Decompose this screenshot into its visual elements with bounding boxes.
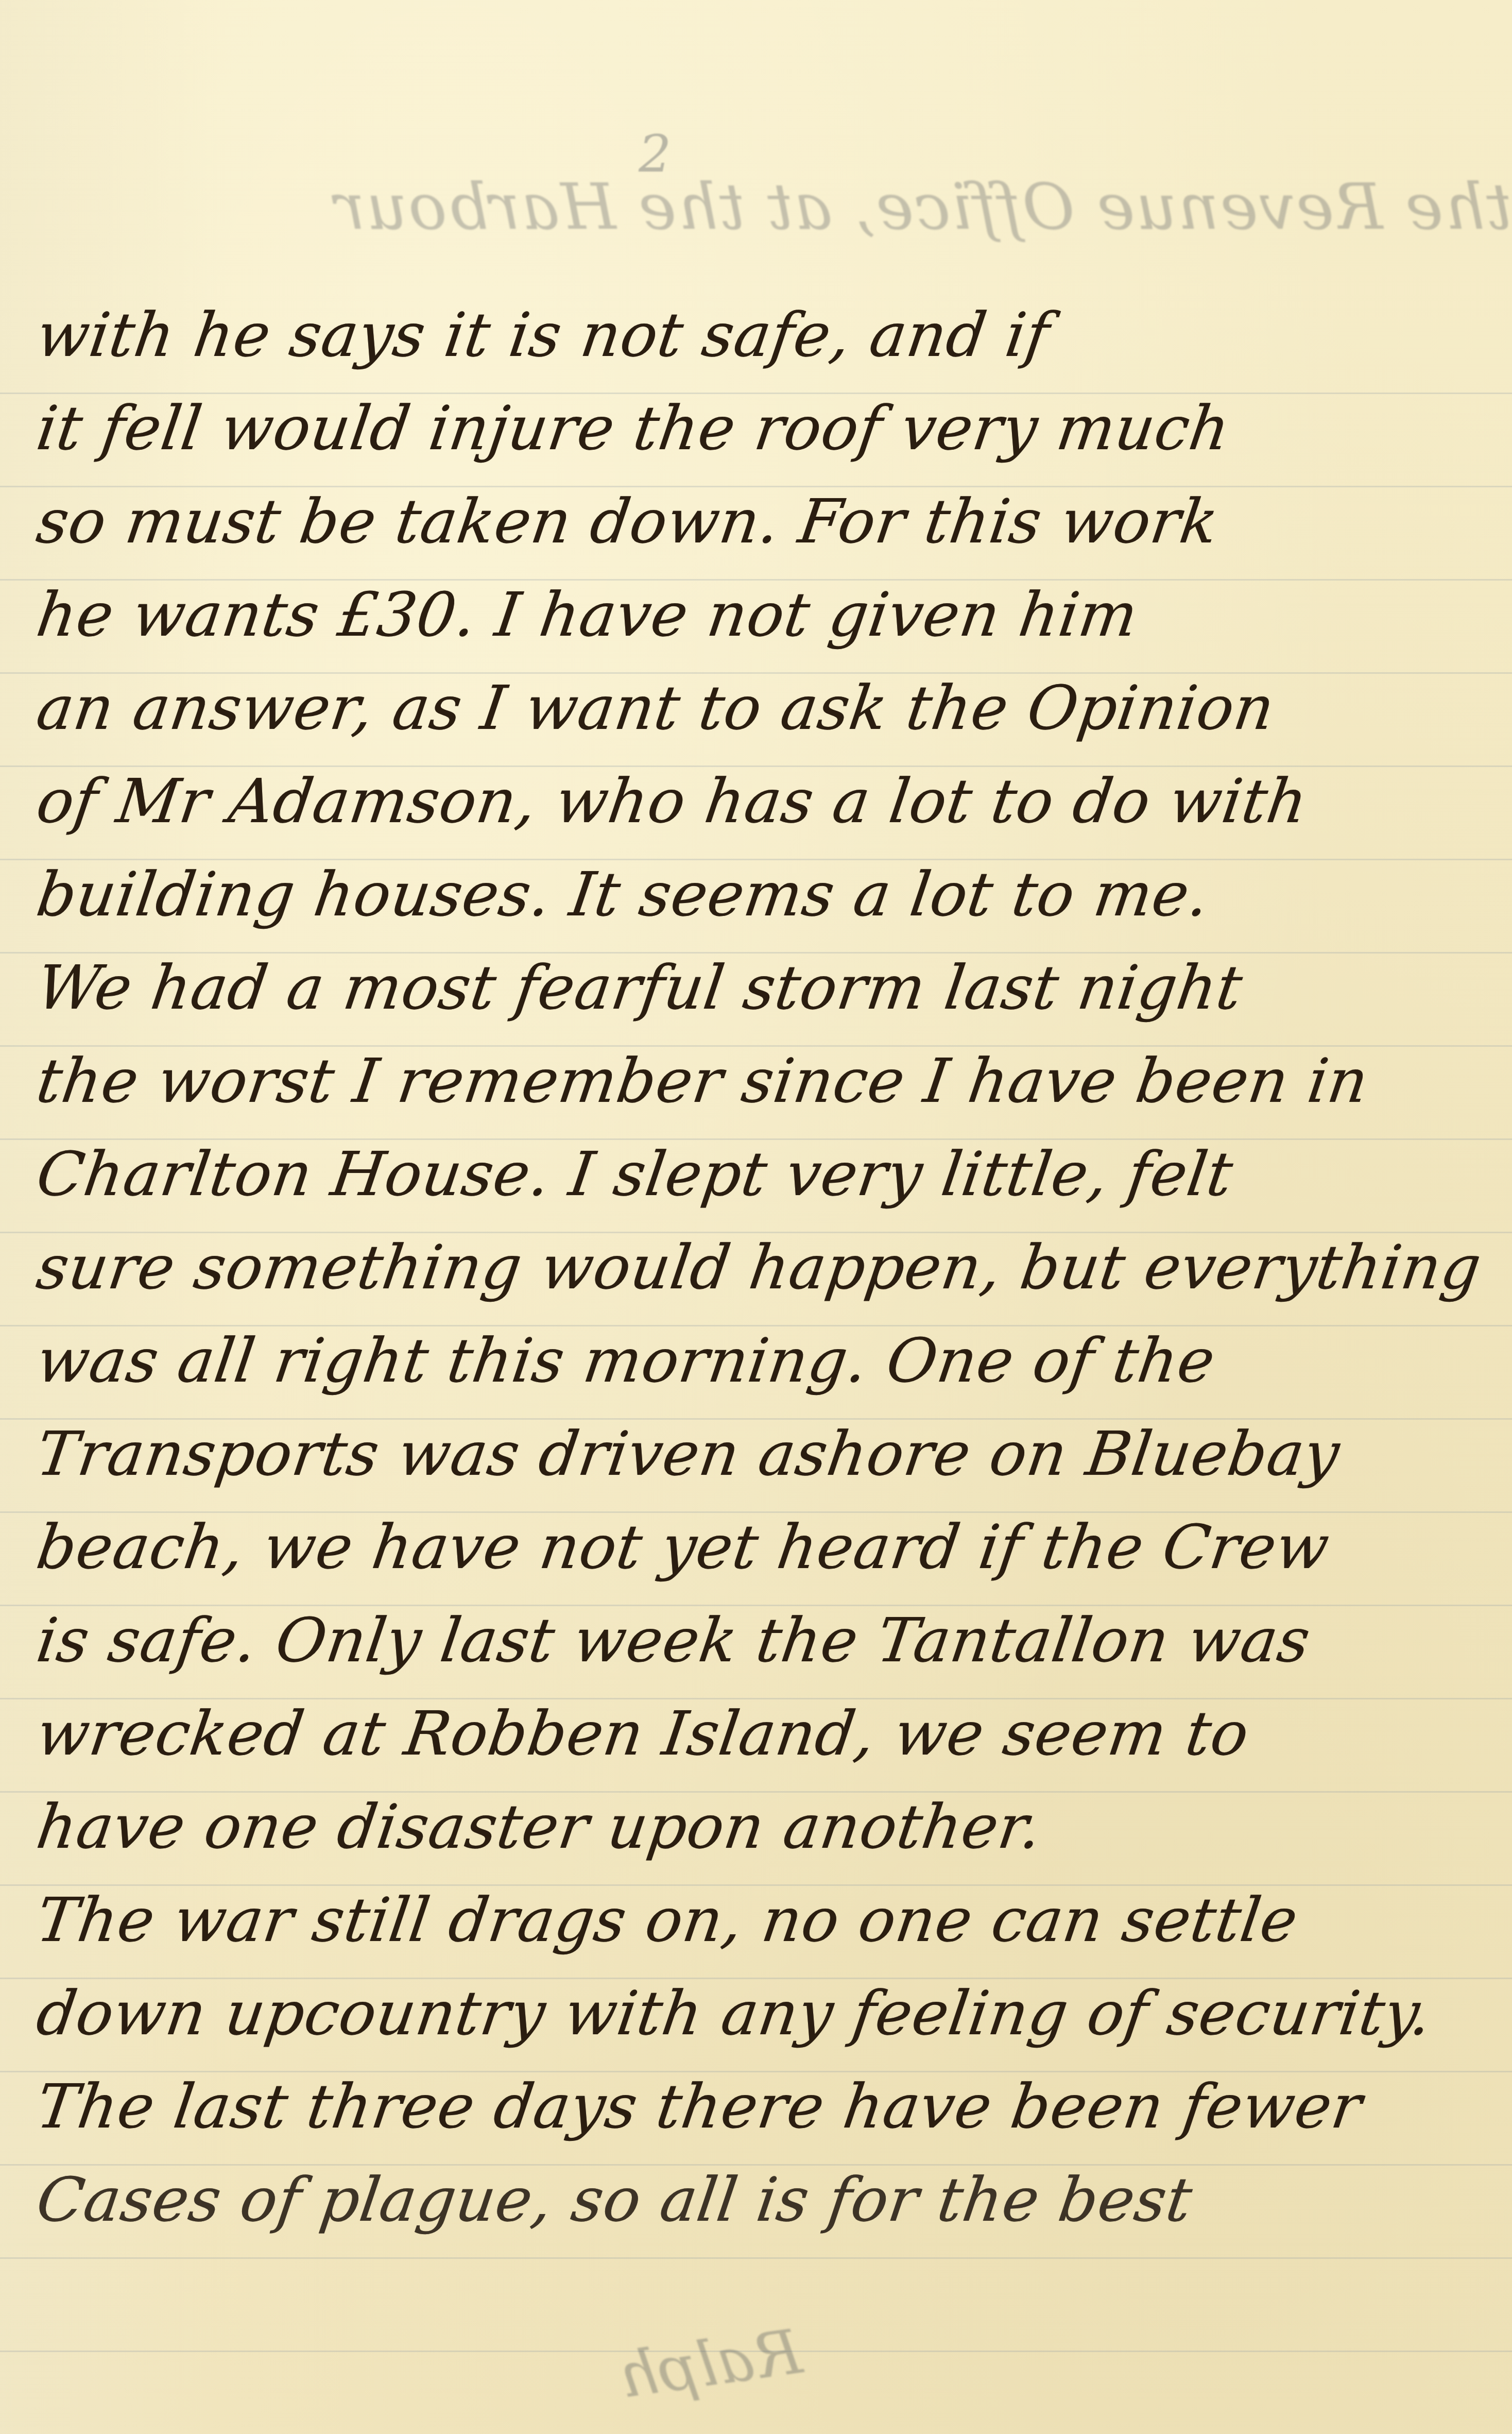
- rule-line: [0, 2257, 1512, 2259]
- letter-line: We had a most fearful storm last night: [31, 941, 1496, 1034]
- letter-line: wrecked at Robben Island, we seem to: [31, 1687, 1496, 1780]
- letter-line: with he says it is not safe, and if: [31, 288, 1496, 382]
- letter-body: with he says it is not safe, and if it f…: [31, 288, 1483, 2246]
- letter-line: is safe. Only last week the Tantallon wa…: [31, 1594, 1496, 1687]
- letter-line: an answer, as I want to ask the Opinion: [31, 661, 1496, 755]
- letter-line: beach, we have not yet heard if the Crew: [31, 1501, 1496, 1594]
- letter-line: was all right this morning. One of the: [31, 1314, 1496, 1407]
- letter-line: sure something would happen, but everyth…: [31, 1221, 1496, 1314]
- letter-line: down upcountry with any feeling of secur…: [31, 1967, 1496, 2060]
- letter-line: have one disaster upon another.: [31, 1780, 1496, 1874]
- letter-line: building houses. It seems a lot to me.: [31, 848, 1496, 941]
- letter-line: Transports was driven ashore on Bluebay: [31, 1407, 1496, 1501]
- letter-line: of Mr Adamson, who has a lot to do with: [31, 755, 1496, 848]
- letter-line: Cases of plague, so all is for the best: [31, 2153, 1496, 2246]
- letter-line: The war still drags on, no one can settl…: [31, 1874, 1496, 1967]
- letter-line: Charlton House. I slept very little, fel…: [31, 1128, 1496, 1221]
- letter-line: it fell would injure the roof very much: [31, 382, 1496, 475]
- letter-line: so must be taken down. For this work: [31, 475, 1496, 568]
- letter-line: The last three days there have been fewe…: [31, 2060, 1496, 2153]
- letter-line: the worst I remember since I have been i…: [31, 1034, 1496, 1128]
- letter-line: he wants £30. I have not given him: [31, 568, 1496, 661]
